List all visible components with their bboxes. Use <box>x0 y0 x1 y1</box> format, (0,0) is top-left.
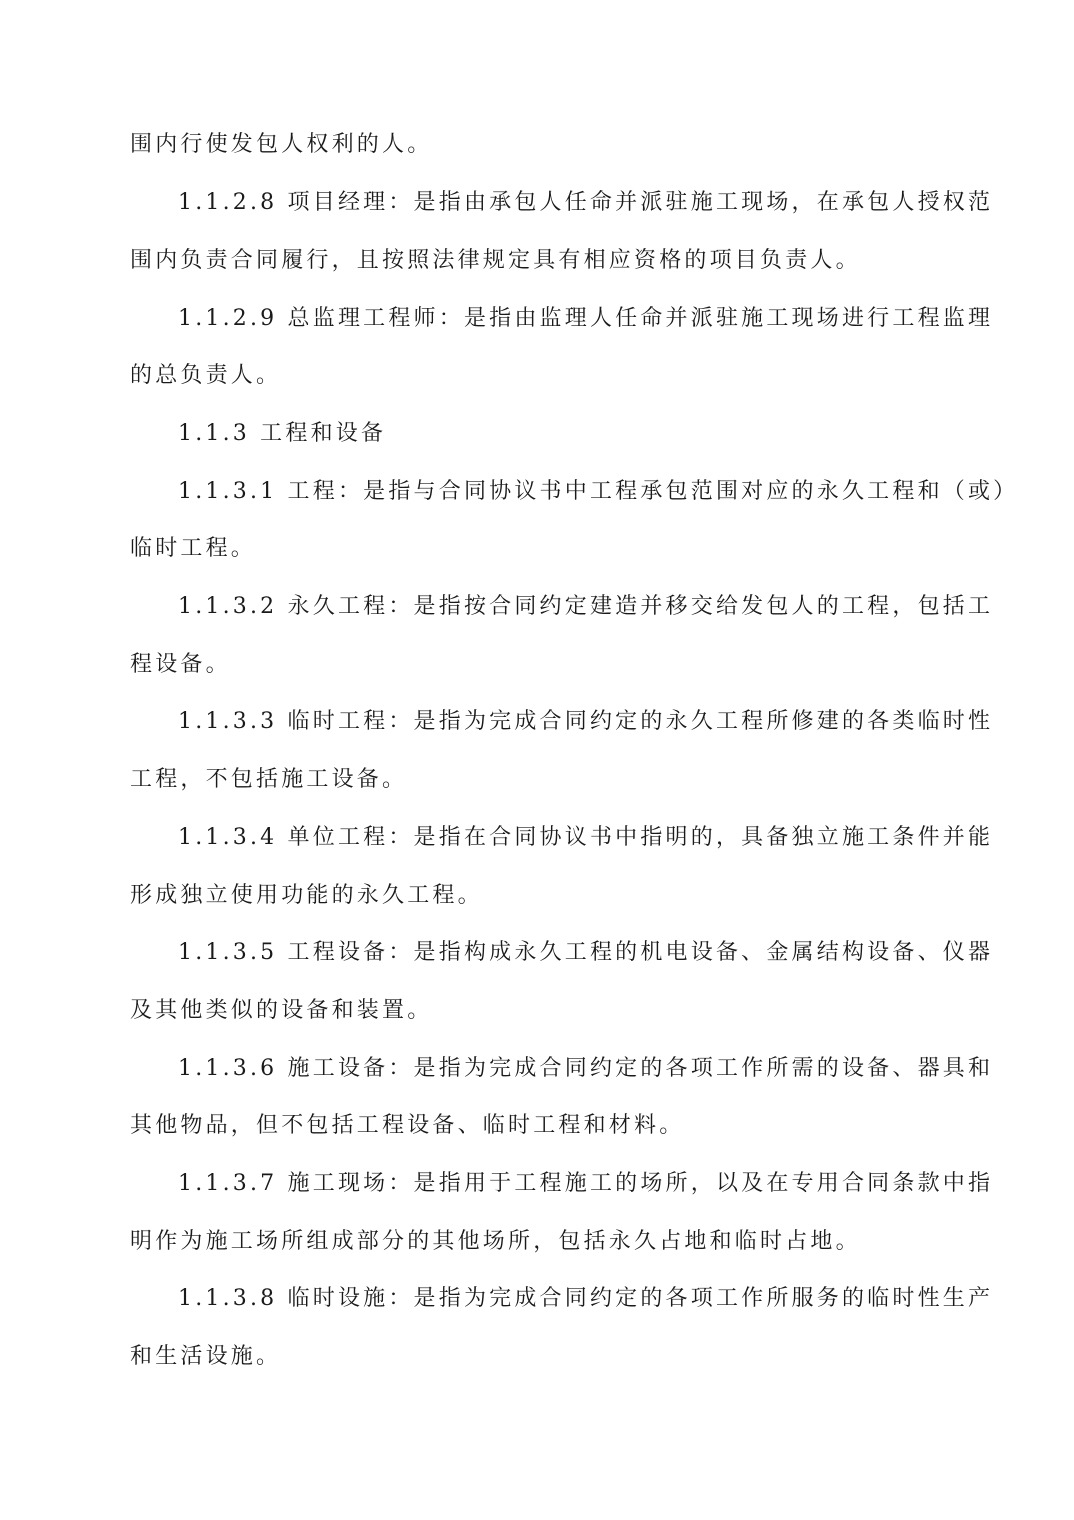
clause-1-1-3-6: 1.1.3.6 施工设备：是指为完成合同约定的各项工作所需的设备、器具和 <box>178 1055 1008 1083</box>
paragraph-line: 工程，不包括施工设备。 <box>130 766 960 794</box>
clause-1-1-3-5: 1.1.3.5 工程设备：是指构成永久工程的机电设备、金属结构设备、仪器 <box>178 939 1008 967</box>
clause-1-1-3-4: 1.1.3.4 单位工程：是指在合同协议书中指明的，具备独立施工条件并能 <box>178 824 1008 852</box>
paragraph-line: 其他物品，但不包括工程设备、临时工程和材料。 <box>130 1112 960 1140</box>
clause-1-1-3-8: 1.1.3.8 临时设施：是指为完成合同约定的各项工作所服务的临时性生产 <box>178 1285 1008 1313</box>
clause-1-1-3-7: 1.1.3.7 施工现场：是指用于工程施工的场所，以及在专用合同条款中指 <box>178 1170 1008 1198</box>
clause-1-1-3-2: 1.1.3.2 永久工程：是指按合同约定建造并移交给发包人的工程，包括工 <box>178 593 1008 621</box>
clause-1-1-2-8: 1.1.2.8 项目经理：是指由承包人任命并派驻施工现场，在承包人授权范 <box>178 189 1008 217</box>
paragraph-line: 临时工程。 <box>130 535 960 563</box>
paragraph-line: 和生活设施。 <box>130 1343 960 1371</box>
section-heading-1-1-3: 1.1.3 工程和设备 <box>178 420 1008 448</box>
paragraph-line: 及其他类似的设备和装置。 <box>130 997 960 1025</box>
paragraph-line: 围内负责合同履行，且按照法律规定具有相应资格的项目负责人。 <box>130 247 960 275</box>
paragraph-line: 围内行使发包人权利的人。 <box>130 131 960 159</box>
paragraph-line: 的总负责人。 <box>130 362 960 390</box>
clause-1-1-2-9: 1.1.2.9 总监理工程师：是指由监理人任命并派驻施工现场进行工程监理 <box>178 305 1008 333</box>
clause-1-1-3-3: 1.1.3.3 临时工程：是指为完成合同约定的永久工程所修建的各类临时性 <box>178 708 1008 736</box>
clause-1-1-3-1: 1.1.3.1 工程：是指与合同协议书中工程承包范围对应的永久工程和（或） <box>178 478 1008 506</box>
document-page: 围内行使发包人权利的人。 1.1.2.8 项目经理：是指由承包人任命并派驻施工现… <box>0 0 1074 1520</box>
paragraph-line: 形成独立使用功能的永久工程。 <box>130 882 960 910</box>
paragraph-line: 明作为施工场所组成部分的其他场所，包括永久占地和临时占地。 <box>130 1228 960 1256</box>
paragraph-line: 程设备。 <box>130 651 960 679</box>
